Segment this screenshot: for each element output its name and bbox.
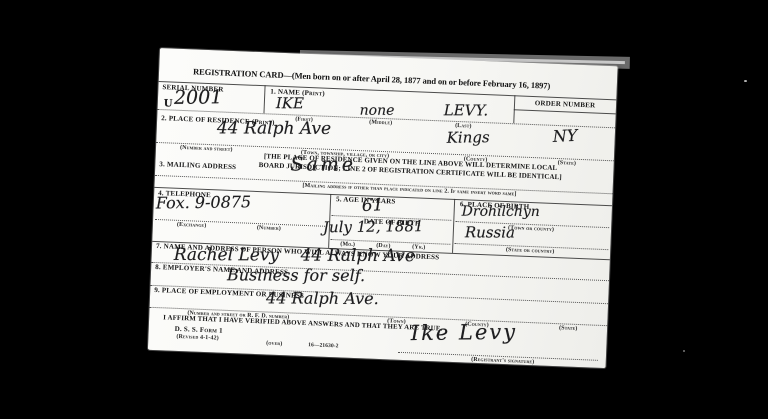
number-caption: (Number)	[257, 225, 281, 232]
scanned-document-viewer: REGISTRATION CARD—(Men born on or after …	[0, 0, 768, 419]
dust-speck	[744, 80, 747, 82]
street-caption: (Number and street)	[180, 145, 233, 153]
age-value: 61	[362, 197, 384, 215]
card-title: REGISTRATION CARD—(Men born on or after …	[193, 66, 550, 90]
middle-name-value: none	[360, 104, 395, 118]
telephone-value: Fox. 9-0875	[156, 194, 252, 211]
mailing-value: Same	[290, 155, 356, 174]
order-number-underline	[514, 109, 616, 114]
employment-state-caption: (State)	[559, 325, 578, 332]
employer-value: Business for self.	[227, 267, 365, 284]
dob-value: July 12, 1881	[323, 219, 424, 235]
employment-value: 44 Ralph Ave.	[266, 290, 379, 307]
dust-speck	[683, 350, 685, 352]
mailing-label: 3. MAILING ADDRESS	[159, 161, 236, 171]
exchange-caption: (Exchange)	[177, 222, 207, 229]
residence-street-value: 44 Ralph Ave	[217, 120, 331, 138]
birth-town-value: Drohilchyn	[462, 205, 540, 219]
birth-country-value: Russia	[465, 225, 515, 240]
last-name-value: LEVY.	[444, 103, 489, 118]
residence-county-value: Kings	[447, 130, 490, 146]
registration-card: REGISTRATION CARD—(Men born on or after …	[148, 48, 618, 368]
print-code: 16—21630-2	[308, 343, 339, 350]
order-number-label: ORDER NUMBER	[516, 99, 614, 110]
registrant-signature: Ike Levy	[411, 322, 517, 344]
contact-value: Rachel Levy 44 Ralph Ave	[174, 247, 415, 265]
middle-caption: (Middle)	[369, 119, 392, 126]
divider	[263, 85, 265, 113]
first-name-value: IKE	[276, 96, 304, 111]
serial-number-value: 2001	[174, 88, 223, 108]
over-note: (over)	[266, 341, 282, 348]
form-revision: (Revised 4-1-42)	[176, 334, 219, 342]
residence-state-value: NY	[552, 128, 577, 145]
serial-prefix-value: U	[164, 99, 173, 109]
